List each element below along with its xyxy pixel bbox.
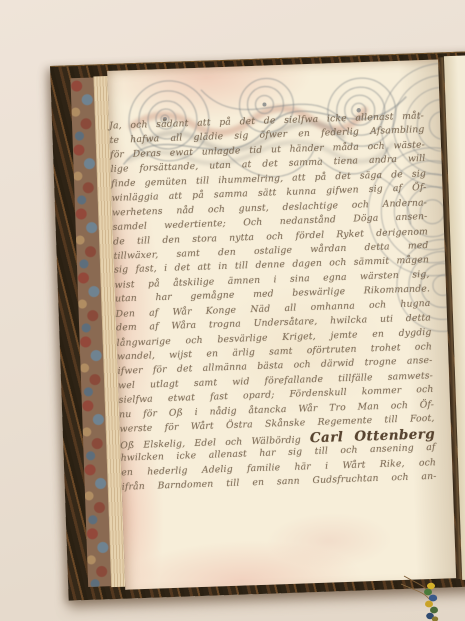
scan-background: Ja, och sådant att på det de sielfwa ick…	[0, 0, 465, 621]
manuscript-text-block: Ja, och sådant att på det de sielfwa ick…	[109, 109, 437, 495]
book: Ja, och sådant att på det de sielfwa ick…	[50, 50, 465, 601]
bookmark-tassel	[400, 566, 460, 621]
